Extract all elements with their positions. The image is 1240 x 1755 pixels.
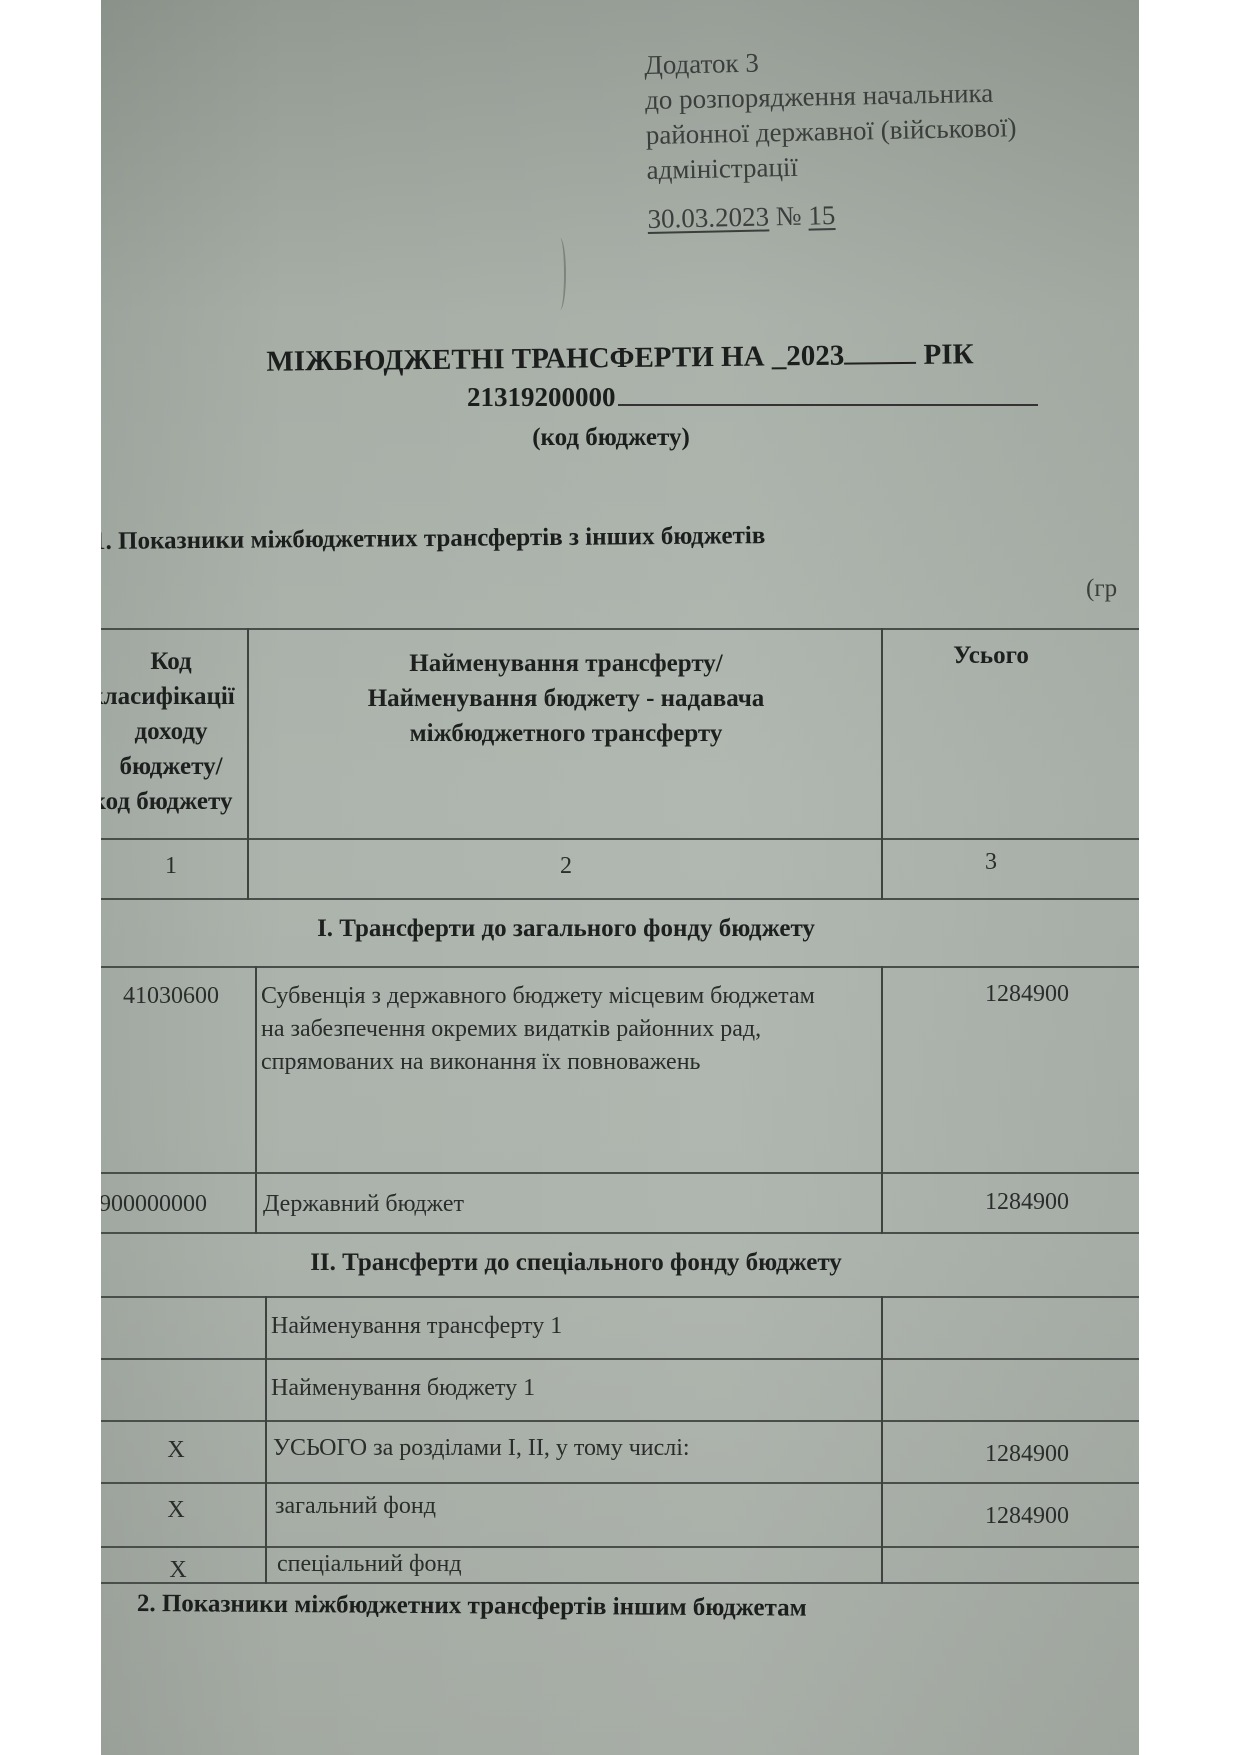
row-total: 1284900 (901, 1500, 1069, 1533)
budget-code-underline (618, 404, 1038, 406)
row-code: 41030600 (101, 980, 251, 1013)
section2-heading: 2. Показники міжбюджетних трансфертів ін… (137, 1590, 807, 1623)
row-name: спеціальний фонд (277, 1548, 877, 1581)
column-number: 2 (251, 850, 881, 883)
row-name: Найменування бюджету 1 (271, 1372, 831, 1405)
row-code: Х (101, 1494, 261, 1527)
row-name: Державний бюджет (263, 1188, 823, 1221)
row-name: УСЬОГО за розділами I, II, у тому числі: (273, 1432, 873, 1465)
units-label: (гр (1086, 575, 1117, 603)
group2-title: II. Трансферти до спеціального фонду бюд… (261, 1246, 891, 1279)
row-total: 1284900 (901, 978, 1069, 1011)
annex-date-number: 30.03.2023 № 15 (647, 194, 1018, 237)
title-suffix: РІК (923, 338, 973, 371)
pen-mark (554, 238, 566, 310)
title-prefix: МІЖБЮДЖЕТНІ ТРАНСФЕРТИ НА _ (266, 340, 786, 377)
header-code: Код класифікації доходу бюджету/ код бюд… (101, 644, 251, 819)
title-blank (844, 340, 916, 365)
table-bottom-border (101, 1582, 1139, 1584)
row-name: загальний фонд (275, 1490, 875, 1523)
annex-block: Додаток 3 до розпорядження начальника ра… (644, 40, 1019, 237)
group1-title: I. Трансферти до загального фонду бюджет… (251, 912, 881, 945)
column-number: 1 (101, 850, 251, 883)
number-sign: № (775, 201, 801, 232)
budget-code-caption: (код бюджету) (101, 424, 1121, 452)
row-code: 9900000000 (101, 1188, 257, 1221)
budget-code-line: 21319200000 (467, 382, 1038, 413)
annex-number: 15 (808, 200, 836, 231)
title-year: 2023 (786, 340, 844, 373)
row-total: 1284900 (901, 1186, 1069, 1219)
column-number: 3 (911, 846, 1071, 879)
document-photo: Додаток 3 до розпорядження начальника ра… (101, 0, 1139, 1755)
annex-line: адміністрації (646, 145, 1017, 188)
header-name: Найменування трансферту/ Найменування бю… (251, 646, 881, 751)
row-total: 1284900 (901, 1438, 1069, 1471)
row-name: Найменування трансферту 1 (271, 1310, 831, 1343)
row-name: Субвенція з державного бюджету місцевим … (261, 980, 821, 1079)
table-divider (265, 1546, 267, 1584)
header-total: Усього (911, 638, 1071, 673)
table-divider (881, 1546, 883, 1584)
annex-date: 30.03.2023 (647, 201, 769, 234)
document-title: МІЖБЮДЖЕТНІ ТРАНСФЕРТИ НА _2023 РІК (101, 337, 1139, 381)
budget-code: 21319200000 (467, 382, 616, 412)
row-code: Х (101, 1434, 261, 1467)
section1-heading: 1. Показники міжбюджетних трансфертів з … (101, 522, 765, 556)
